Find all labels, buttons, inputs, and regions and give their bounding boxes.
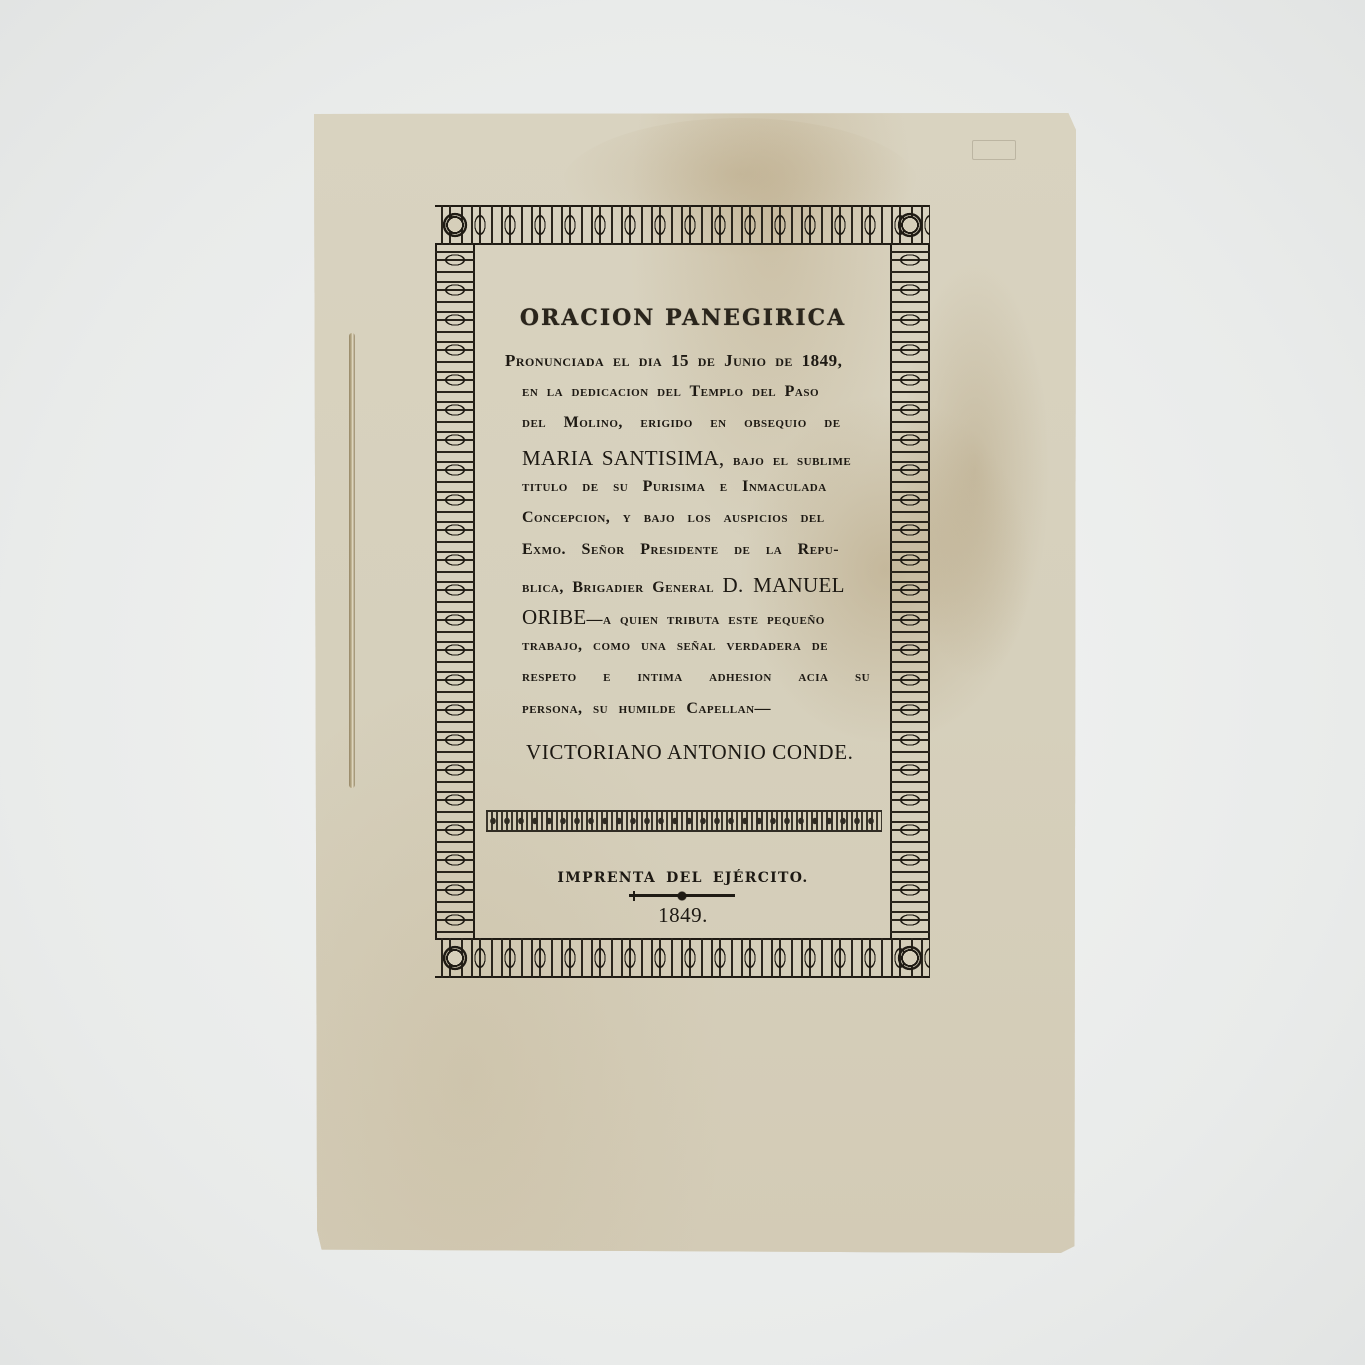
body-text: blica, Brigadier General bbox=[522, 579, 723, 596]
emphasis-text: MARIA SANTISIMA, bbox=[522, 446, 725, 470]
emphasis-text: ORIBE bbox=[522, 605, 587, 629]
emphasis-text: D. MANUEL bbox=[723, 573, 845, 597]
document-title: ORACION PANEGIRICA bbox=[476, 305, 890, 331]
ornamental-divider bbox=[486, 810, 882, 832]
body-line: respeto e intima adhesion acia su bbox=[522, 668, 870, 686]
body-line: titulo de su Purisima e Inmaculada bbox=[522, 478, 827, 496]
body-line: trabajo, como una señal verdadera de bbox=[522, 637, 828, 655]
publication-year: 1849. bbox=[476, 903, 890, 928]
body-text: bajo el sublime bbox=[725, 452, 852, 469]
binding-thread bbox=[349, 333, 355, 788]
author-name: VICTORIANO ANTONIO CONDE. bbox=[526, 740, 853, 765]
body-line: Concepcion, y bajo los auspicios del bbox=[522, 509, 825, 527]
body-line: Exmo. Señor Presidente de la Repu- bbox=[522, 541, 839, 559]
printer-imprint: IMPRENTA DEL EJÉRCITO. bbox=[476, 870, 890, 886]
body-line: en la dedicacion del Templo del Paso bbox=[522, 383, 819, 401]
body-line: persona, su humilde Capellan— bbox=[522, 700, 771, 718]
ornament-flourish-icon bbox=[629, 891, 735, 901]
shelfmark-label bbox=[972, 140, 1016, 160]
body-line: ORIBE—a quien tributa este pequeño bbox=[522, 605, 825, 630]
body-line: blica, Brigadier General D. MANUEL bbox=[522, 573, 845, 598]
body-line: MARIA SANTISIMA, bajo el sublime bbox=[522, 446, 851, 471]
body-text: —a quien tributa este pequeño bbox=[587, 611, 825, 628]
body-line: del Molino, erigido en obsequio de bbox=[522, 414, 841, 432]
body-line: Pronunciada el dia 15 de Junio de 1849, bbox=[505, 351, 842, 371]
